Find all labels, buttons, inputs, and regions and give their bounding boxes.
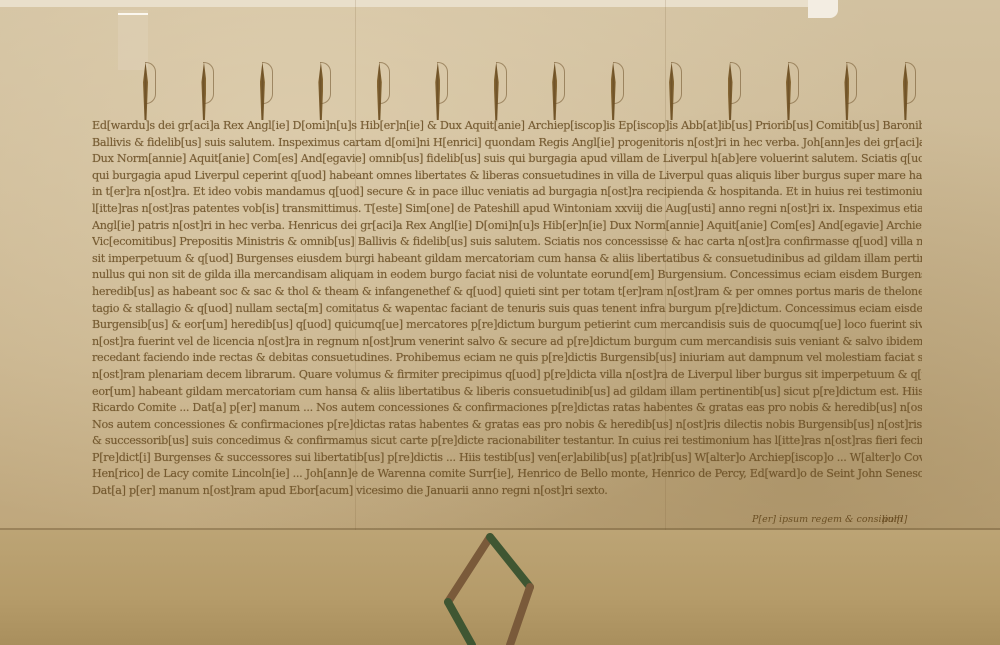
ascender-flourish-icon [315,62,325,122]
ascender-flourish-icon [140,62,150,122]
ascender-flourish-icon [198,62,208,122]
ascender-flourish-icon [374,62,384,122]
charter-line: P[re]dict[i] Burgenses & successores sui… [92,450,922,467]
seal-cord-icon [440,532,540,645]
ascender-flourish-icon [549,62,559,122]
charter-line: l[itte]ras n[ost]ras patentes vob[is] tr… [92,201,922,218]
charter-line: Burgensib[us] & eor[um] heredib[us] q[uo… [92,317,922,334]
charter-line: qui burgagia apud Liverpul ceperint q[uo… [92,168,922,185]
ascender-flourish-icon [666,62,676,122]
charter-line: & successorib[us] suis concedimus & conf… [92,433,922,450]
ascender-flourish-icon [257,62,267,122]
subscription-note: P[er] ipsum regem & consilium [752,514,903,525]
mount-gap [808,0,838,18]
ascender-flourish-icon [841,62,851,122]
ascender-flourish-icon [491,62,501,122]
glass-glint [118,13,148,15]
charter-line: nullus qui non sit de gilda illa mercand… [92,267,922,284]
charter-line: eor[um] habeant gildam mercatoriam cum h… [92,384,922,401]
charter-line: Dat[a] p[er] manum n[ost]ram apud Ebor[a… [92,483,922,500]
charter-line: Dux Norm[annie] Aquit[anie] Com[es] And[… [92,151,922,168]
charter-line: Nos autem concessiones & confirmaciones … [92,417,922,434]
charter-line: sit imperpetuum & q[uod] Burgenses eiusd… [92,251,922,268]
ascender-flourish-icon [608,62,618,122]
charter-line: tagio & stallagio & q[uod] nullam secta[… [92,301,922,318]
charter-text-block: Ed[wardu]s dei gr[aci]a Rex Angl[ie] D[o… [92,118,922,500]
charter-line: Angl[ie] patris n[ost]ri in hec verba. H… [92,218,922,235]
glass-reflection [118,10,148,70]
charter-line: n[ost]ram plenariam decem librarum. Quar… [92,367,922,384]
charter-line: in t[er]ra n[ost]ra. Et ideo vobis manda… [92,184,922,201]
parchment-top-edge [0,0,810,7]
charter-line: heredib[us] as habeant soc & sac & thol … [92,284,922,301]
charter-line: n[ost]ra fuerint vel de licencia n[ost]r… [92,334,922,351]
charter-line: Hen[rico] de Lacy comite Lincoln[ie] ...… [92,466,922,483]
charter-line: Ballivis & fidelib[us] suis salutem. Ins… [92,135,922,152]
ascender-flourish-icon [432,62,442,122]
ascender-flourish-icon [900,62,910,122]
ascender-flourish-icon [725,62,735,122]
charter-line: Vic[ecomitibus] Prepositis Ministris & o… [92,234,922,251]
ascender-flourish-icon [783,62,793,122]
charter-line: Ed[wardu]s dei gr[aci]a Rex Angl[ie] D[o… [92,118,922,135]
charter-line: Ricardo Comite ... Dat[a] p[er] manum ..… [92,400,922,417]
charter-line: recedant faciendo inde rectas & debitas … [92,350,922,367]
endorsement-mark: pol[l] [882,514,907,525]
